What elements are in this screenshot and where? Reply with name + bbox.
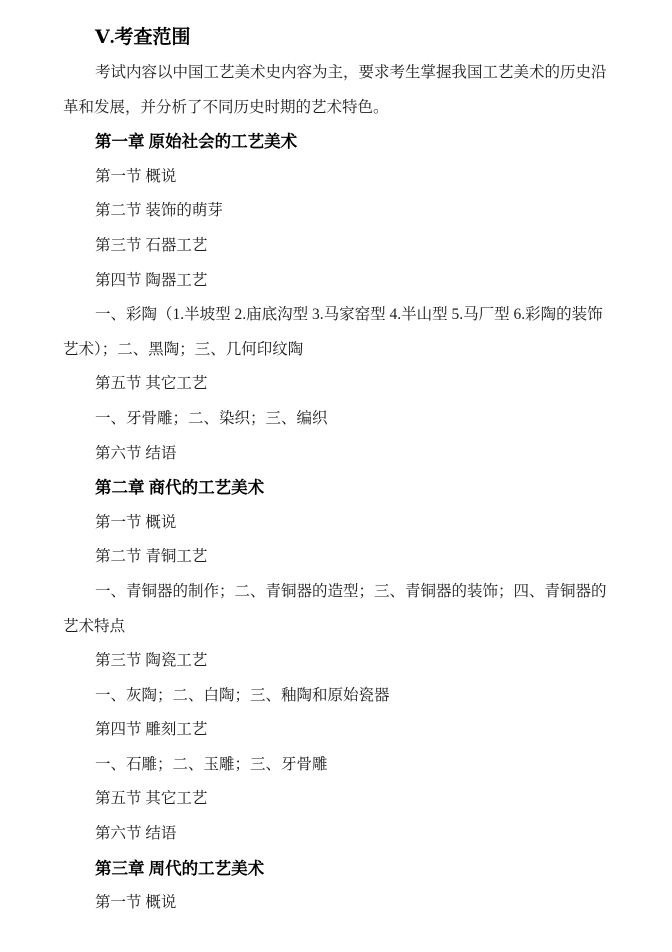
section-line: 第五节 其它工艺	[63, 782, 612, 817]
chapter-2-heading: 第二章 商代的工艺美术	[63, 471, 612, 506]
item-line-wrap: 艺术）；二、黑陶；三、几何印纹陶	[63, 333, 612, 368]
section-line: 第三节 石器工艺	[63, 229, 612, 264]
section-line: 第一节 概说	[63, 886, 612, 921]
section-line: 第一节 概说	[63, 160, 612, 195]
document-title: Ⅴ.考查范围	[63, 20, 612, 56]
document-page: Ⅴ.考查范围 考试内容以中国工艺美术史内容为主，要求考生掌握我国工艺美术的历史沿…	[0, 0, 672, 952]
item-line-wrap: 艺术特点	[63, 610, 612, 645]
section-line: 第一节 概说	[63, 506, 612, 541]
intro-line-wrap: 革和发展，并分析了不同历史时期的艺术特色。	[63, 91, 612, 126]
section-line: 第二节 青铜工艺	[63, 540, 612, 575]
section-line: 第四节 雕刻工艺	[63, 713, 612, 748]
intro-line: 考试内容以中国工艺美术史内容为主，要求考生掌握我国工艺美术的历史沿	[63, 56, 612, 91]
section-line: 第五节 其它工艺	[63, 367, 612, 402]
item-line: 一、青铜器的制作；二、青铜器的造型；三、青铜器的装饰；四、青铜器的	[63, 575, 612, 610]
item-line: 一、牙骨雕；二、染织；三、编织	[63, 402, 612, 437]
chapter-3-heading: 第三章 周代的工艺美术	[63, 852, 612, 887]
section-line: 第三节 陶瓷工艺	[63, 644, 612, 679]
item-line: 一、彩陶（1.半坡型 2.庙底沟型 3.马家窑型 4.半山型 5.马厂型 6.彩…	[63, 298, 612, 333]
item-line: 一、石雕；二、玉雕；三、牙骨雕	[63, 748, 612, 783]
document-body: 考试内容以中国工艺美术史内容为主，要求考生掌握我国工艺美术的历史沿 革和发展，并…	[63, 56, 612, 921]
section-line: 第四节 陶器工艺	[63, 264, 612, 299]
section-line: 第六节 结语	[63, 437, 612, 472]
section-line: 第六节 结语	[63, 817, 612, 852]
item-line: 一、灰陶；二、白陶；三、釉陶和原始瓷器	[63, 679, 612, 714]
chapter-1-heading: 第一章 原始社会的工艺美术	[63, 125, 612, 160]
section-line: 第二节 装饰的萌芽	[63, 194, 612, 229]
